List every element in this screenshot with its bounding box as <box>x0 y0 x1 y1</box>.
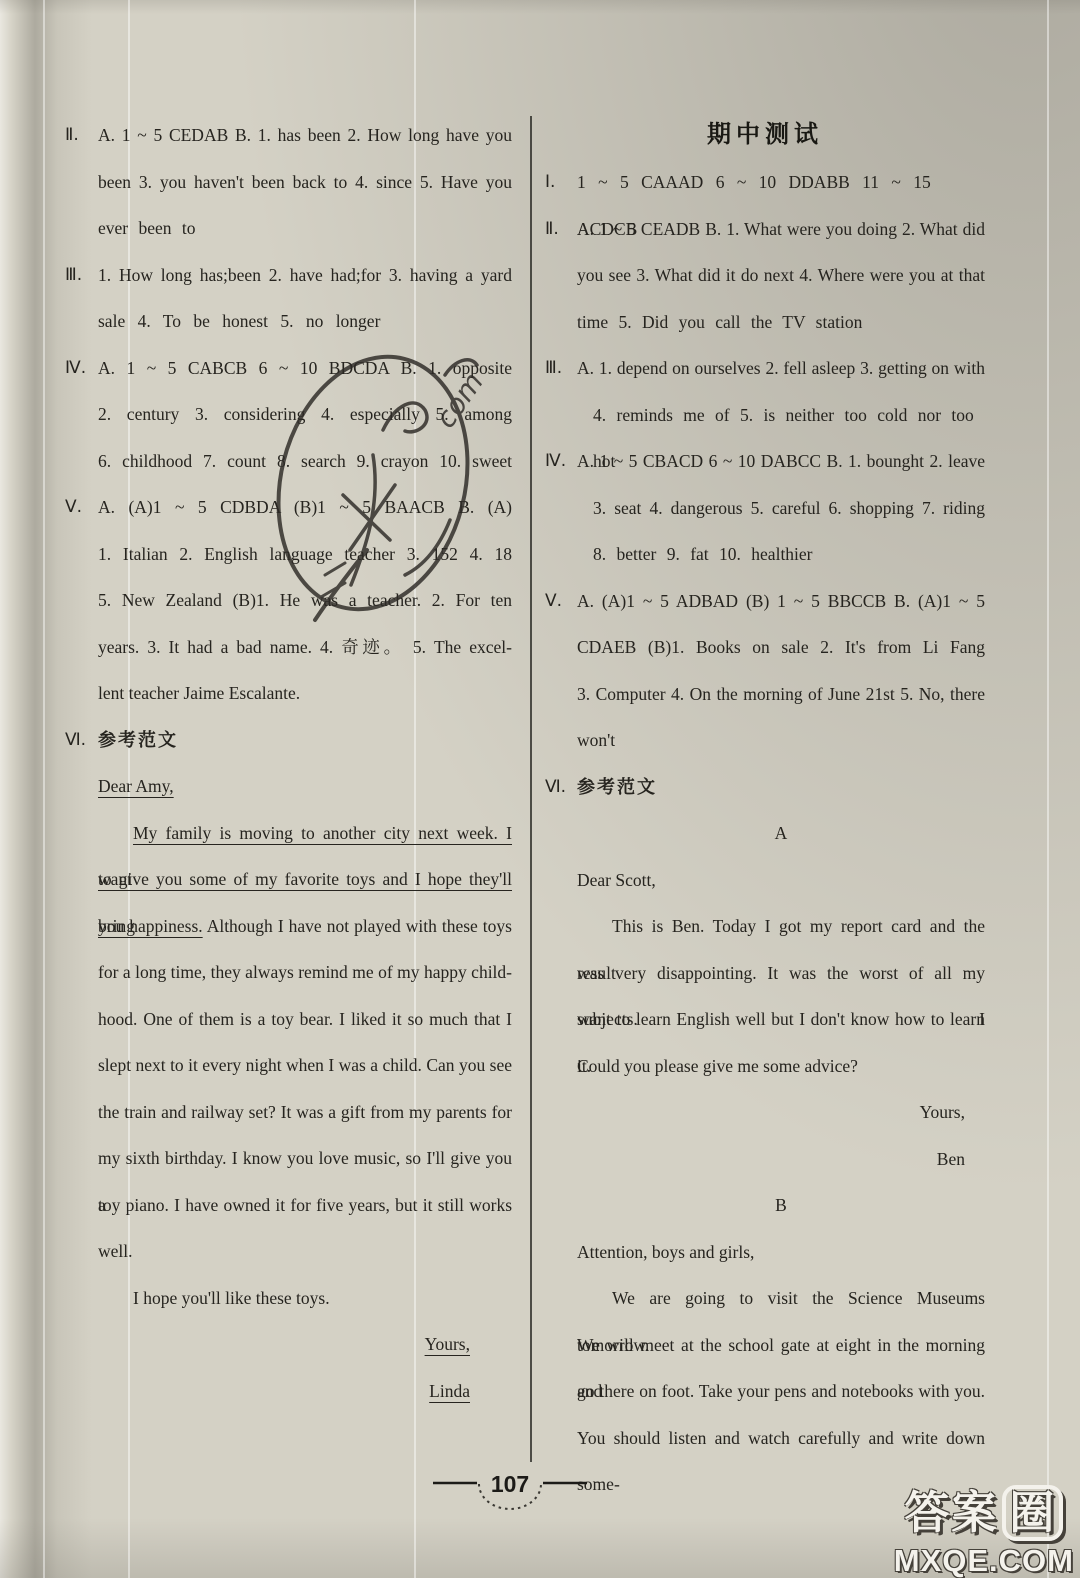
section-title: Ⅵ.参考范文 <box>577 764 985 811</box>
answer-line: Ⅲ.A. 1. depend on ourselves 2. fell asle… <box>577 345 985 392</box>
answer-line: 5. New Zealand (B)1. He was a teacher. 2… <box>98 577 512 624</box>
answer-line: been 3. you haven't been back to 4. sinc… <box>98 159 512 206</box>
column-divider <box>530 116 532 1462</box>
letter-line: I hope you'll like these toys. <box>98 1275 512 1322</box>
letter-line: This is Ben. Today I got my report card … <box>577 903 985 950</box>
answer-line: Ⅳ.A. 1 ~ 5 CBACD 6 ~ 10 DABCC B. 1. boun… <box>577 438 985 485</box>
scan-streak <box>43 0 45 1578</box>
answer-line: 4. reminds me of 5. is neither too cold … <box>577 392 985 439</box>
letter-line: well. <box>98 1228 512 1275</box>
answer-line: Ⅱ.A. 1 ~ 5 CEADB B. 1. What were you doi… <box>577 206 985 253</box>
answer-line: sale 4. To be honest 5. no longer <box>98 298 512 345</box>
letter-salutation: Dear Amy, <box>98 763 512 810</box>
answer-line: 3. seat 4. dangerous 5. careful 6. shopp… <box>577 485 985 532</box>
section-numeral: Ⅱ. <box>65 112 79 159</box>
letter-line: the train and railway set? It was a gift… <box>98 1089 512 1136</box>
right-column: 期中测试 Ⅰ.1 ~ 5 CAAAD 6 ~ 10 DDABB 11 ~ 15 … <box>577 112 985 1461</box>
letter-signature: Ben <box>577 1136 985 1183</box>
book-spine-shadow <box>0 0 92 1578</box>
answer-line: Ⅰ.1 ~ 5 CAAAD 6 ~ 10 DDABB 11 ~ 15 ACDCB <box>577 159 985 206</box>
letter-line: We will meet at the school gate at eight… <box>577 1322 985 1369</box>
answer-line: you see 3. What did it do next 4. Where … <box>577 252 985 299</box>
letter-line: My family is moving to another city next… <box>98 810 512 857</box>
brand-name: 答案圈 <box>894 1485 1074 1541</box>
section-numeral: Ⅲ. <box>545 345 562 392</box>
letter-salutation: Dear Scott, <box>577 857 985 904</box>
letter-salutation: Attention, boys and girls, <box>577 1229 985 1276</box>
letter-line: hood. One of them is a toy bear. I liked… <box>98 996 512 1043</box>
answer-line: Ⅳ.A. 1 ~ 5 CABCB 6 ~ 10 BDCDA B. 1. oppo… <box>98 345 512 392</box>
answer-line: ever been to <box>98 205 512 252</box>
section-numeral: Ⅱ. <box>545 206 559 253</box>
left-column: Ⅱ.A. 1 ~ 5 CEDAB B. 1. has been 2. How l… <box>98 112 512 1414</box>
passage-label-a: A <box>577 810 985 857</box>
line-text: A. 1 ~ 5 CBACD 6 ~ 10 DABCC B. 1. boungh… <box>577 451 985 471</box>
page-number-footer: 107 <box>425 1466 595 1510</box>
line-text: A. (A)1 ~ 5 ADBAD (B) 1 ~ 5 BBCCB B. (A)… <box>577 591 985 611</box>
section-numeral: Ⅴ. <box>545 578 562 625</box>
brand-text: 答案 <box>904 1487 998 1538</box>
answer-line: 2. century 3. considering 4. especially … <box>98 391 512 438</box>
brand-domain: MXQE.COM <box>894 1545 1074 1576</box>
letter-line: Could you please give me some advice? <box>577 1043 985 1090</box>
answer-line: 1. Italian 2. English language teacher 3… <box>98 531 512 578</box>
page-number: 107 <box>491 1471 529 1497</box>
answer-line: Ⅲ.1. How long has;been 2. have had;for 3… <box>98 252 512 299</box>
line-text: Although I have not played with these to… <box>203 916 512 936</box>
letter-signature: Linda <box>98 1368 512 1415</box>
answer-line: Ⅴ.A. (A)1 ~ 5 ADBAD (B) 1 ~ 5 BBCCB B. (… <box>577 578 985 625</box>
scan-streak <box>1047 0 1049 1578</box>
line-text: A. 1 ~ 5 CEADB B. 1. What were you doing… <box>577 219 985 239</box>
letter-line: was very disappointing. It was the worst… <box>577 950 985 997</box>
letter-closing: Yours, <box>577 1089 985 1136</box>
letter-line: my sixth birthday. I know you love music… <box>98 1135 512 1182</box>
letter-line: slept next to it every night when I was … <box>98 1042 512 1089</box>
letter-line: You should listen and watch carefully an… <box>577 1415 985 1462</box>
letter-line: toy piano. I have owned it for five year… <box>98 1182 512 1229</box>
line-text: 1. How long has;been 2. have had;for 3. … <box>98 265 512 285</box>
underlined-segment: you happiness. <box>98 916 203 936</box>
letter-line: We are going to visit the Science Museum… <box>577 1275 985 1322</box>
letter-line: for a long time, they always remind me o… <box>98 949 512 996</box>
answer-line: 6. childhood 7. count 8. search 9. crayo… <box>98 438 512 485</box>
section-numeral: Ⅳ. <box>65 345 86 392</box>
section-title: Ⅵ.参考范文 <box>98 717 512 764</box>
letter-line: you happiness. Although I have not playe… <box>98 903 512 950</box>
answer-line: won't <box>577 717 985 764</box>
brand-circled-char: 圈 <box>1002 1485 1063 1541</box>
answer-line: CDAEB (B)1. Books on sale 2. It's from L… <box>577 624 985 671</box>
letter-line: to give you some of my favorite toys and… <box>98 856 512 903</box>
section-numeral: Ⅳ. <box>545 438 566 485</box>
answer-line: time 5. Did you call the TV station <box>577 299 985 346</box>
model-essay-label: 参考范文 <box>98 730 178 750</box>
answer-line: 8. better 9. fat 10. healthier <box>577 531 985 578</box>
section-numeral: Ⅵ. <box>545 764 566 811</box>
letter-closing: Yours, <box>98 1321 512 1368</box>
section-numeral: Ⅲ. <box>65 252 82 299</box>
answer-line: 3. Computer 4. On the morning of June 21… <box>577 671 985 718</box>
site-watermark-logo: 答案圈 MXQE.COM <box>894 1485 1074 1576</box>
answer-line: lent teacher Jaime Escalante. <box>98 670 512 717</box>
line-text: A. 1. depend on ourselves 2. fell asleep… <box>577 358 985 378</box>
line-text: A. 1 ~ 5 CEDAB B. 1. has been 2. How lon… <box>98 125 512 145</box>
line-text: A. 1 ~ 5 CABCB 6 ~ 10 BDCDA B. 1. opposi… <box>98 358 512 378</box>
answer-line: Ⅱ.A. 1 ~ 5 CEDAB B. 1. has been 2. How l… <box>98 112 512 159</box>
letter-line: go there on foot. Take your pens and not… <box>577 1368 985 1415</box>
page-title: 期中测试 <box>545 112 985 159</box>
section-numeral: Ⅰ. <box>545 159 555 206</box>
answer-line: years. 3. It had a bad name. 4. 奇迹。 5. T… <box>98 624 512 671</box>
line-text: A. (A)1 ~ 5 CDBDA (B)1 ~ 5 BAACB B. (A) <box>98 497 512 517</box>
section-numeral: Ⅴ. <box>65 484 82 531</box>
letter-line: want to learn English well but I don't k… <box>577 996 985 1043</box>
section-numeral: Ⅵ. <box>65 717 86 764</box>
model-essay-label: 参考范文 <box>577 777 657 797</box>
answer-line: Ⅴ.A. (A)1 ~ 5 CDBDA (B)1 ~ 5 BAACB B. (A… <box>98 484 512 531</box>
passage-label-b: B <box>577 1182 985 1229</box>
